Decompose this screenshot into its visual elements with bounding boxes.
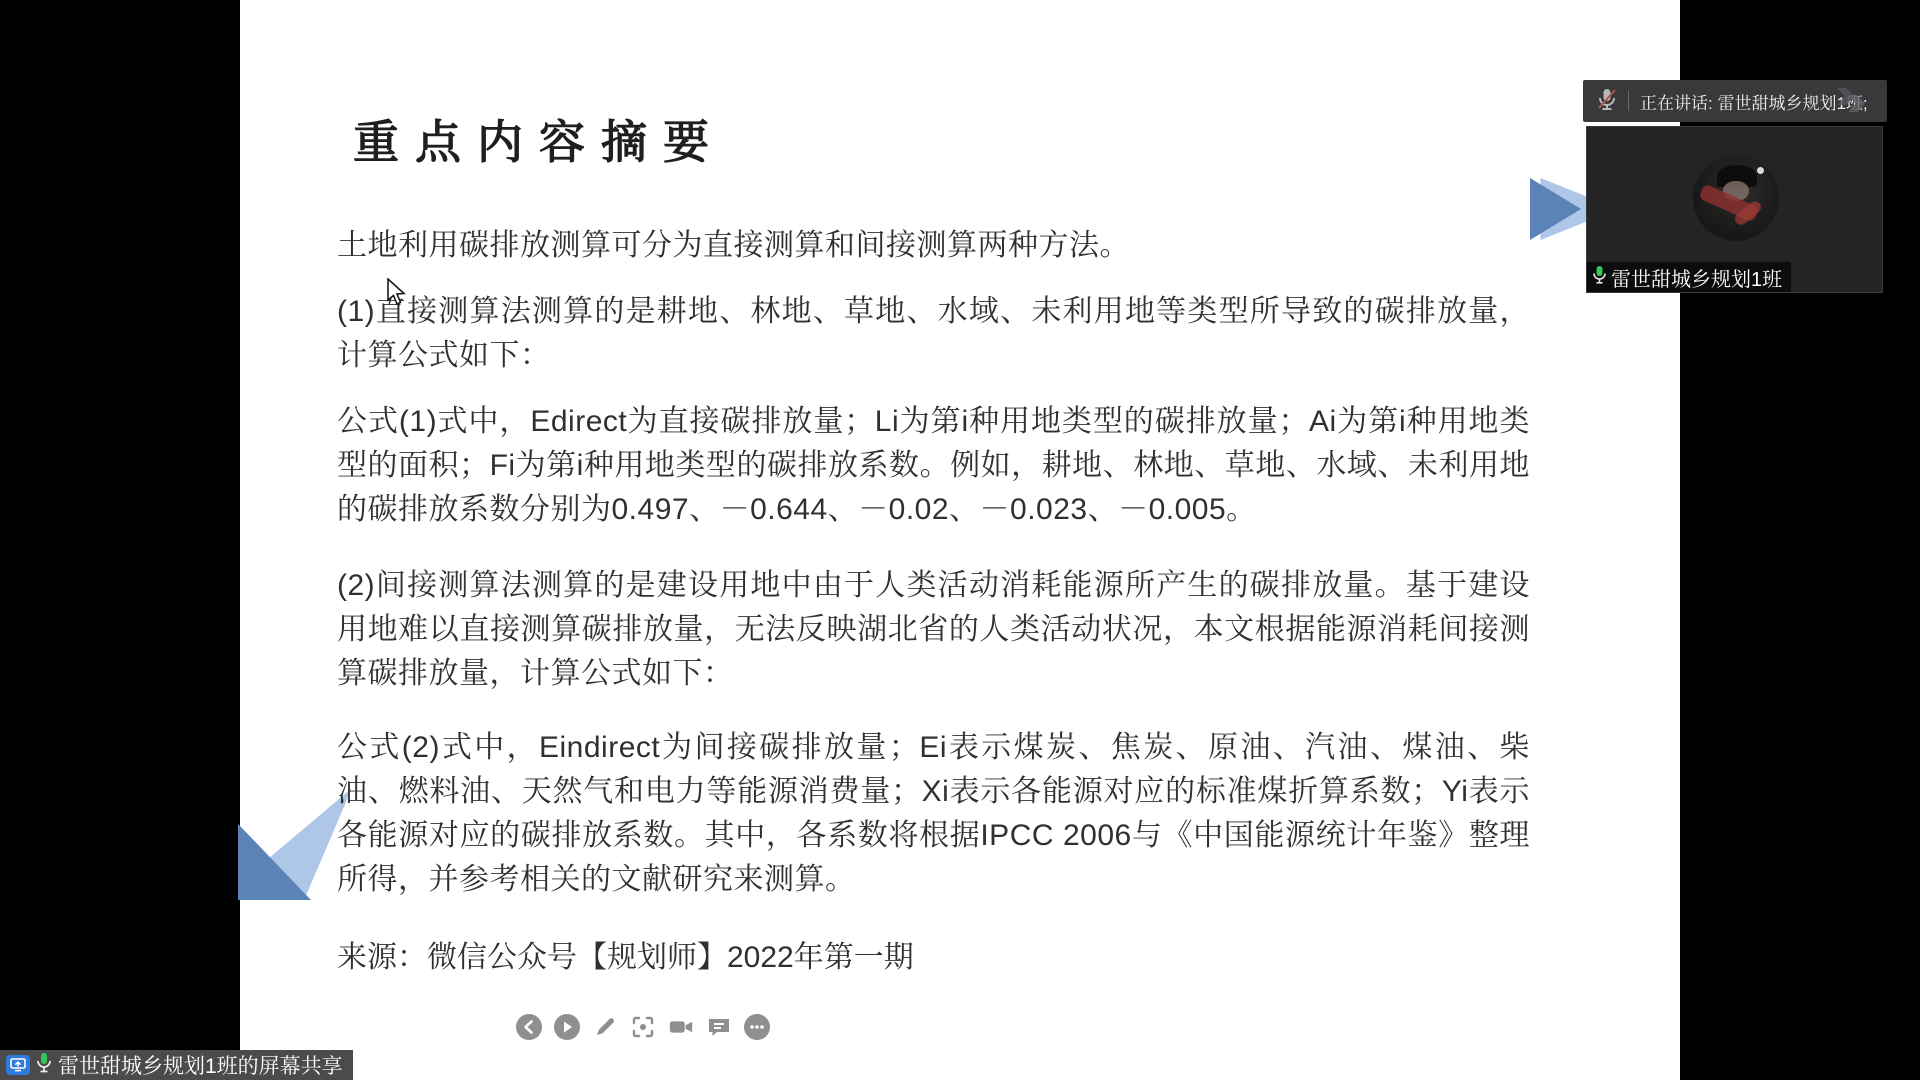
presenter-toolbar (516, 1014, 770, 1040)
speaking-label: 正在讲话: 雷世甜城乡规划1班; (1640, 89, 1868, 114)
camera-icon[interactable] (668, 1014, 694, 1040)
chat-icon[interactable] (706, 1014, 732, 1040)
participant-name: 雷世甜城乡规划1班 (1611, 263, 1782, 292)
pencil-icon[interactable] (592, 1014, 618, 1040)
slide-title: 重点内容摘要 (353, 112, 1530, 172)
paragraph-intro: 土地利用碳排放测算可分为直接测算和间接测算两种方法。 (337, 224, 1530, 268)
pointer-frame-icon[interactable] (630, 1014, 656, 1040)
collapse-chevrons-icon[interactable] (1837, 87, 1873, 115)
mic-on-icon (1592, 265, 1607, 290)
more-icon[interactable] (744, 1014, 770, 1040)
shared-slide: 重点内容摘要 土地利用碳排放测算可分为直接测算和间接测算两种方法。 (1)直接测… (240, 0, 1680, 1080)
screen-share-banner: 雷世甜城乡规划1班的屏幕共享 (0, 1050, 353, 1080)
paragraph-direct: (1)直接测算法测算的是耕地、林地、草地、水域、未利用地等类型所导致的碳排放量，… (337, 290, 1530, 378)
slide-content: 重点内容摘要 土地利用碳排放测算可分为直接测算和间接测算两种方法。 (1)直接测… (337, 112, 1530, 980)
header-divider (1628, 91, 1629, 111)
mouse-cursor (386, 278, 408, 313)
meeting-screen: 重点内容摘要 土地利用碳排放测算可分为直接测算和间接测算两种方法。 (1)直接测… (0, 0, 1920, 1080)
avatar (1693, 155, 1779, 241)
paragraph-indirect: (2)间接测算法测算的是建设用地中由于人类活动消耗能源所产生的碳排放量。基于建设… (337, 564, 1530, 696)
mic-muted-icon (1596, 87, 1618, 116)
play-icon[interactable] (554, 1014, 580, 1040)
speaking-banner[interactable]: 正在讲话: 雷世甜城乡规划1班; (1583, 80, 1887, 122)
participant-video-thumbnail[interactable]: 雷世甜城乡规划1班 (1586, 126, 1883, 293)
mic-on-icon (36, 1052, 52, 1079)
slide-triangle-decoration-bottom-left (238, 788, 352, 900)
previous-icon[interactable] (516, 1014, 542, 1040)
screen-share-icon (6, 1055, 30, 1075)
paragraph-formula2: 公式(2)式中，Eindirect为间接碳排放量；Ei表示煤炭、焦炭、原油、汽油… (337, 726, 1530, 902)
screen-share-label: 雷世甜城乡规划1班的屏幕共享 (58, 1050, 343, 1080)
paragraph-formula1: 公式(1)式中，Edirect为直接碳排放量；Li为第i种用地类型的碳排放量；A… (337, 400, 1530, 532)
participant-name-tag: 雷世甜城乡规划1班 (1587, 262, 1791, 292)
source-line: 来源：微信公众号【规划师】2022年第一期 (337, 936, 1530, 980)
